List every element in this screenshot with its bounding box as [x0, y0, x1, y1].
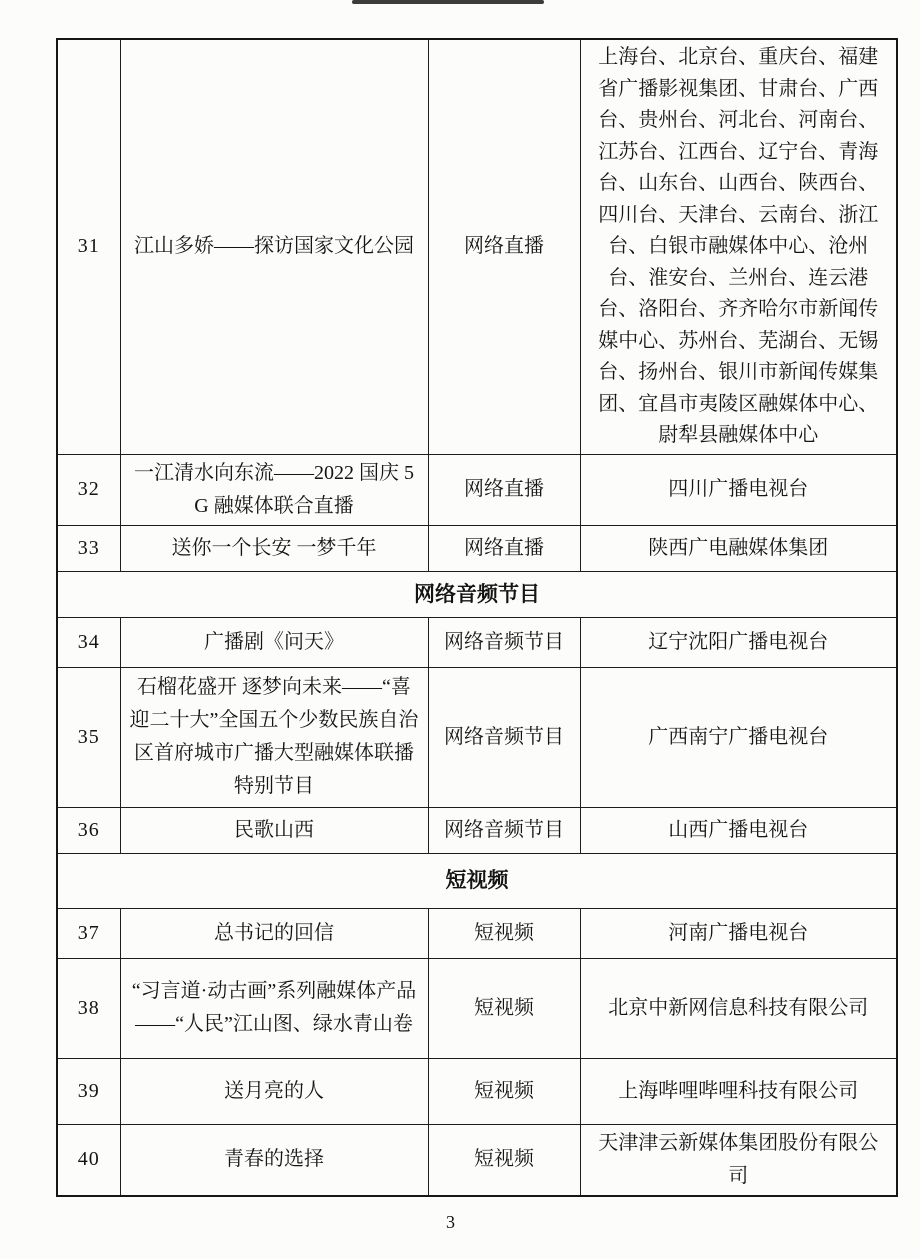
row-number-cell: 36 — [57, 807, 120, 853]
row-number-cell: 38 — [57, 958, 120, 1058]
category-cell: 短视频 — [428, 1124, 580, 1196]
table-row: 39 送月亮的人 短视频 上海哔哩哔哩科技有限公司 — [57, 1058, 897, 1124]
table-row: 38 “习言道·动古画”系列融媒体产品——“人民”江山图、绿水青山卷 短视频 北… — [57, 958, 897, 1058]
organization-cell: 辽宁沈阳广播电视台 — [580, 617, 897, 667]
row-number-cell: 37 — [57, 908, 120, 958]
category-cell: 网络直播 — [428, 39, 580, 454]
section-header-row: 短视频 — [57, 853, 897, 908]
table-row: 36 民歌山西 网络音频节目 山西广播电视台 — [57, 807, 897, 853]
organization-cell: 四川广播电视台 — [580, 454, 897, 525]
program-name-cell: 石榴花盛开 逐梦向未来——“喜迎二十大”全国五个少数民族自治区首府城市广播大型融… — [120, 667, 428, 807]
organization-cell: 北京中新网信息科技有限公司 — [580, 958, 897, 1058]
document-page: 31 江山多娇——探访国家文化公园 网络直播 上海台、北京台、重庆台、福建省广播… — [0, 0, 920, 1258]
row-number-cell: 33 — [57, 525, 120, 571]
organization-cell: 上海哔哩哔哩科技有限公司 — [580, 1058, 897, 1124]
category-cell: 网络音频节目 — [428, 667, 580, 807]
table-row: 35 石榴花盛开 逐梦向未来——“喜迎二十大”全国五个少数民族自治区首府城市广播… — [57, 667, 897, 807]
program-name-cell: 江山多娇——探访国家文化公园 — [120, 39, 428, 454]
section-header-label: 短视频 — [57, 853, 897, 908]
section-header-label: 网络音频节目 — [57, 571, 897, 617]
table-row: 40 青春的选择 短视频 天津津云新媒体集团股份有限公司 — [57, 1124, 897, 1196]
program-name-cell: 送月亮的人 — [120, 1058, 428, 1124]
table-row: 31 江山多娇——探访国家文化公园 网络直播 上海台、北京台、重庆台、福建省广播… — [57, 39, 897, 454]
row-number-cell: 31 — [57, 39, 120, 454]
page-number: 3 — [446, 1212, 455, 1233]
organization-cell: 天津津云新媒体集团股份有限公司 — [580, 1124, 897, 1196]
category-cell: 短视频 — [428, 1058, 580, 1124]
category-cell: 网络直播 — [428, 525, 580, 571]
organization-cell: 河南广播电视台 — [580, 908, 897, 958]
table-row: 37 总书记的回信 短视频 河南广播电视台 — [57, 908, 897, 958]
row-number-cell: 40 — [57, 1124, 120, 1196]
table-row: 34 广播剧《问天》 网络音频节目 辽宁沈阳广播电视台 — [57, 617, 897, 667]
program-name-cell: 送你一个长安 一梦千年 — [120, 525, 428, 571]
program-name-cell: 广播剧《问天》 — [120, 617, 428, 667]
category-cell: 短视频 — [428, 908, 580, 958]
category-cell: 短视频 — [428, 958, 580, 1058]
table-row: 32 一江清水向东流——2022 国庆 5G 融媒体联合直播 网络直播 四川广播… — [57, 454, 897, 525]
table-row: 33 送你一个长安 一梦千年 网络直播 陕西广电融媒体集团 — [57, 525, 897, 571]
program-name-cell: 青春的选择 — [120, 1124, 428, 1196]
program-name-cell: 民歌山西 — [120, 807, 428, 853]
row-number-cell: 39 — [57, 1058, 120, 1124]
organization-cell: 山西广播电视台 — [580, 807, 897, 853]
organization-cell: 广西南宁广播电视台 — [580, 667, 897, 807]
category-cell: 网络音频节目 — [428, 807, 580, 853]
organization-cell: 上海台、北京台、重庆台、福建省广播影视集团、甘肃台、广西台、贵州台、河北台、河南… — [580, 39, 897, 454]
program-name-cell: “习言道·动古画”系列融媒体产品——“人民”江山图、绿水青山卷 — [120, 958, 428, 1058]
category-cell: 网络音频节目 — [428, 617, 580, 667]
program-name-cell: 总书记的回信 — [120, 908, 428, 958]
row-number-cell: 34 — [57, 617, 120, 667]
program-name-cell: 一江清水向东流——2022 国庆 5G 融媒体联合直播 — [120, 454, 428, 525]
scan-smudge-artifact — [352, 0, 544, 4]
category-cell: 网络直播 — [428, 454, 580, 525]
row-number-cell: 32 — [57, 454, 120, 525]
awards-table: 31 江山多娇——探访国家文化公园 网络直播 上海台、北京台、重庆台、福建省广播… — [56, 38, 898, 1197]
row-number-cell: 35 — [57, 667, 120, 807]
organization-cell: 陕西广电融媒体集团 — [580, 525, 897, 571]
section-header-row: 网络音频节目 — [57, 571, 897, 617]
